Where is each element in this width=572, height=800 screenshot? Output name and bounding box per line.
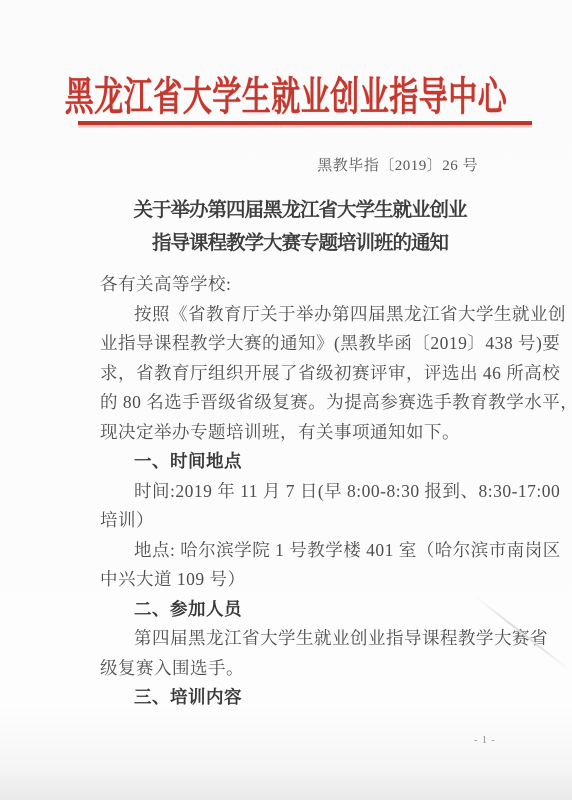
letterhead-org-name: 黑龙江省大学生就业创业指导中心 <box>65 66 508 123</box>
section-heading-time-place: 一、时间地点 <box>100 447 562 477</box>
scanned-notice-page: 黑龙江省大学生就业创业指导中心 黑教毕指〔2019〕26 号 关于举办第四届黑龙… <box>0 0 572 800</box>
body-line: 中兴大道 109 号） <box>100 565 562 595</box>
notice-title: 关于举办第四届黑龙江省大学生就业创业 指导课程教学大赛专题培训班的通知 <box>60 194 540 260</box>
salutation: 各有关高等学校: <box>100 270 562 300</box>
body-line: 地点: 哈尔滨学院 1 号教学楼 401 室（哈尔滨市南岗区 <box>100 536 562 566</box>
section-heading-training-content: 三、培训内容 <box>100 683 562 713</box>
body-line: 按照《省教育厅关于举办第四届黑龙江省大学生就业创 <box>100 300 562 330</box>
body-line: 的 80 名选手晋级省级复赛。为提高参赛选手教育教学水平， <box>100 388 562 418</box>
document-number: 黑教毕指〔2019〕26 号 <box>317 154 478 175</box>
letterhead-divider-line <box>78 121 532 125</box>
body-line: 级复赛入围选手。 <box>100 654 562 684</box>
letterhead: 黑龙江省大学生就业创业指导中心 <box>0 66 572 107</box>
body-line: 第四届黑龙江省大学生就业创业指导课程教学大赛省 <box>100 624 562 654</box>
notice-title-line: 关于举办第四届黑龙江省大学生就业创业 <box>60 194 540 227</box>
body-line: 培训） <box>100 506 562 536</box>
body-line: 求，省教育厅组织开展了省级初赛评审，评选出 46 所高校 <box>100 359 562 389</box>
body-line: 时间:2019 年 11 月 7 日(早 8:00-8:30 报到、8:30-1… <box>100 477 562 507</box>
page-number: - 1 - <box>474 735 496 746</box>
notice-title-line: 指导课程教学大赛专题培训班的通知 <box>60 227 540 260</box>
notice-body: 各有关高等学校: 按照《省教育厅关于举办第四届黑龙江省大学生就业创 业指导课程教… <box>100 270 562 713</box>
body-line: 业指导课程教学大赛的通知》(黑教毕函〔2019〕438 号)要 <box>100 329 562 359</box>
body-line: 现决定举办专题培训班，有关事项通知如下。 <box>100 418 562 448</box>
